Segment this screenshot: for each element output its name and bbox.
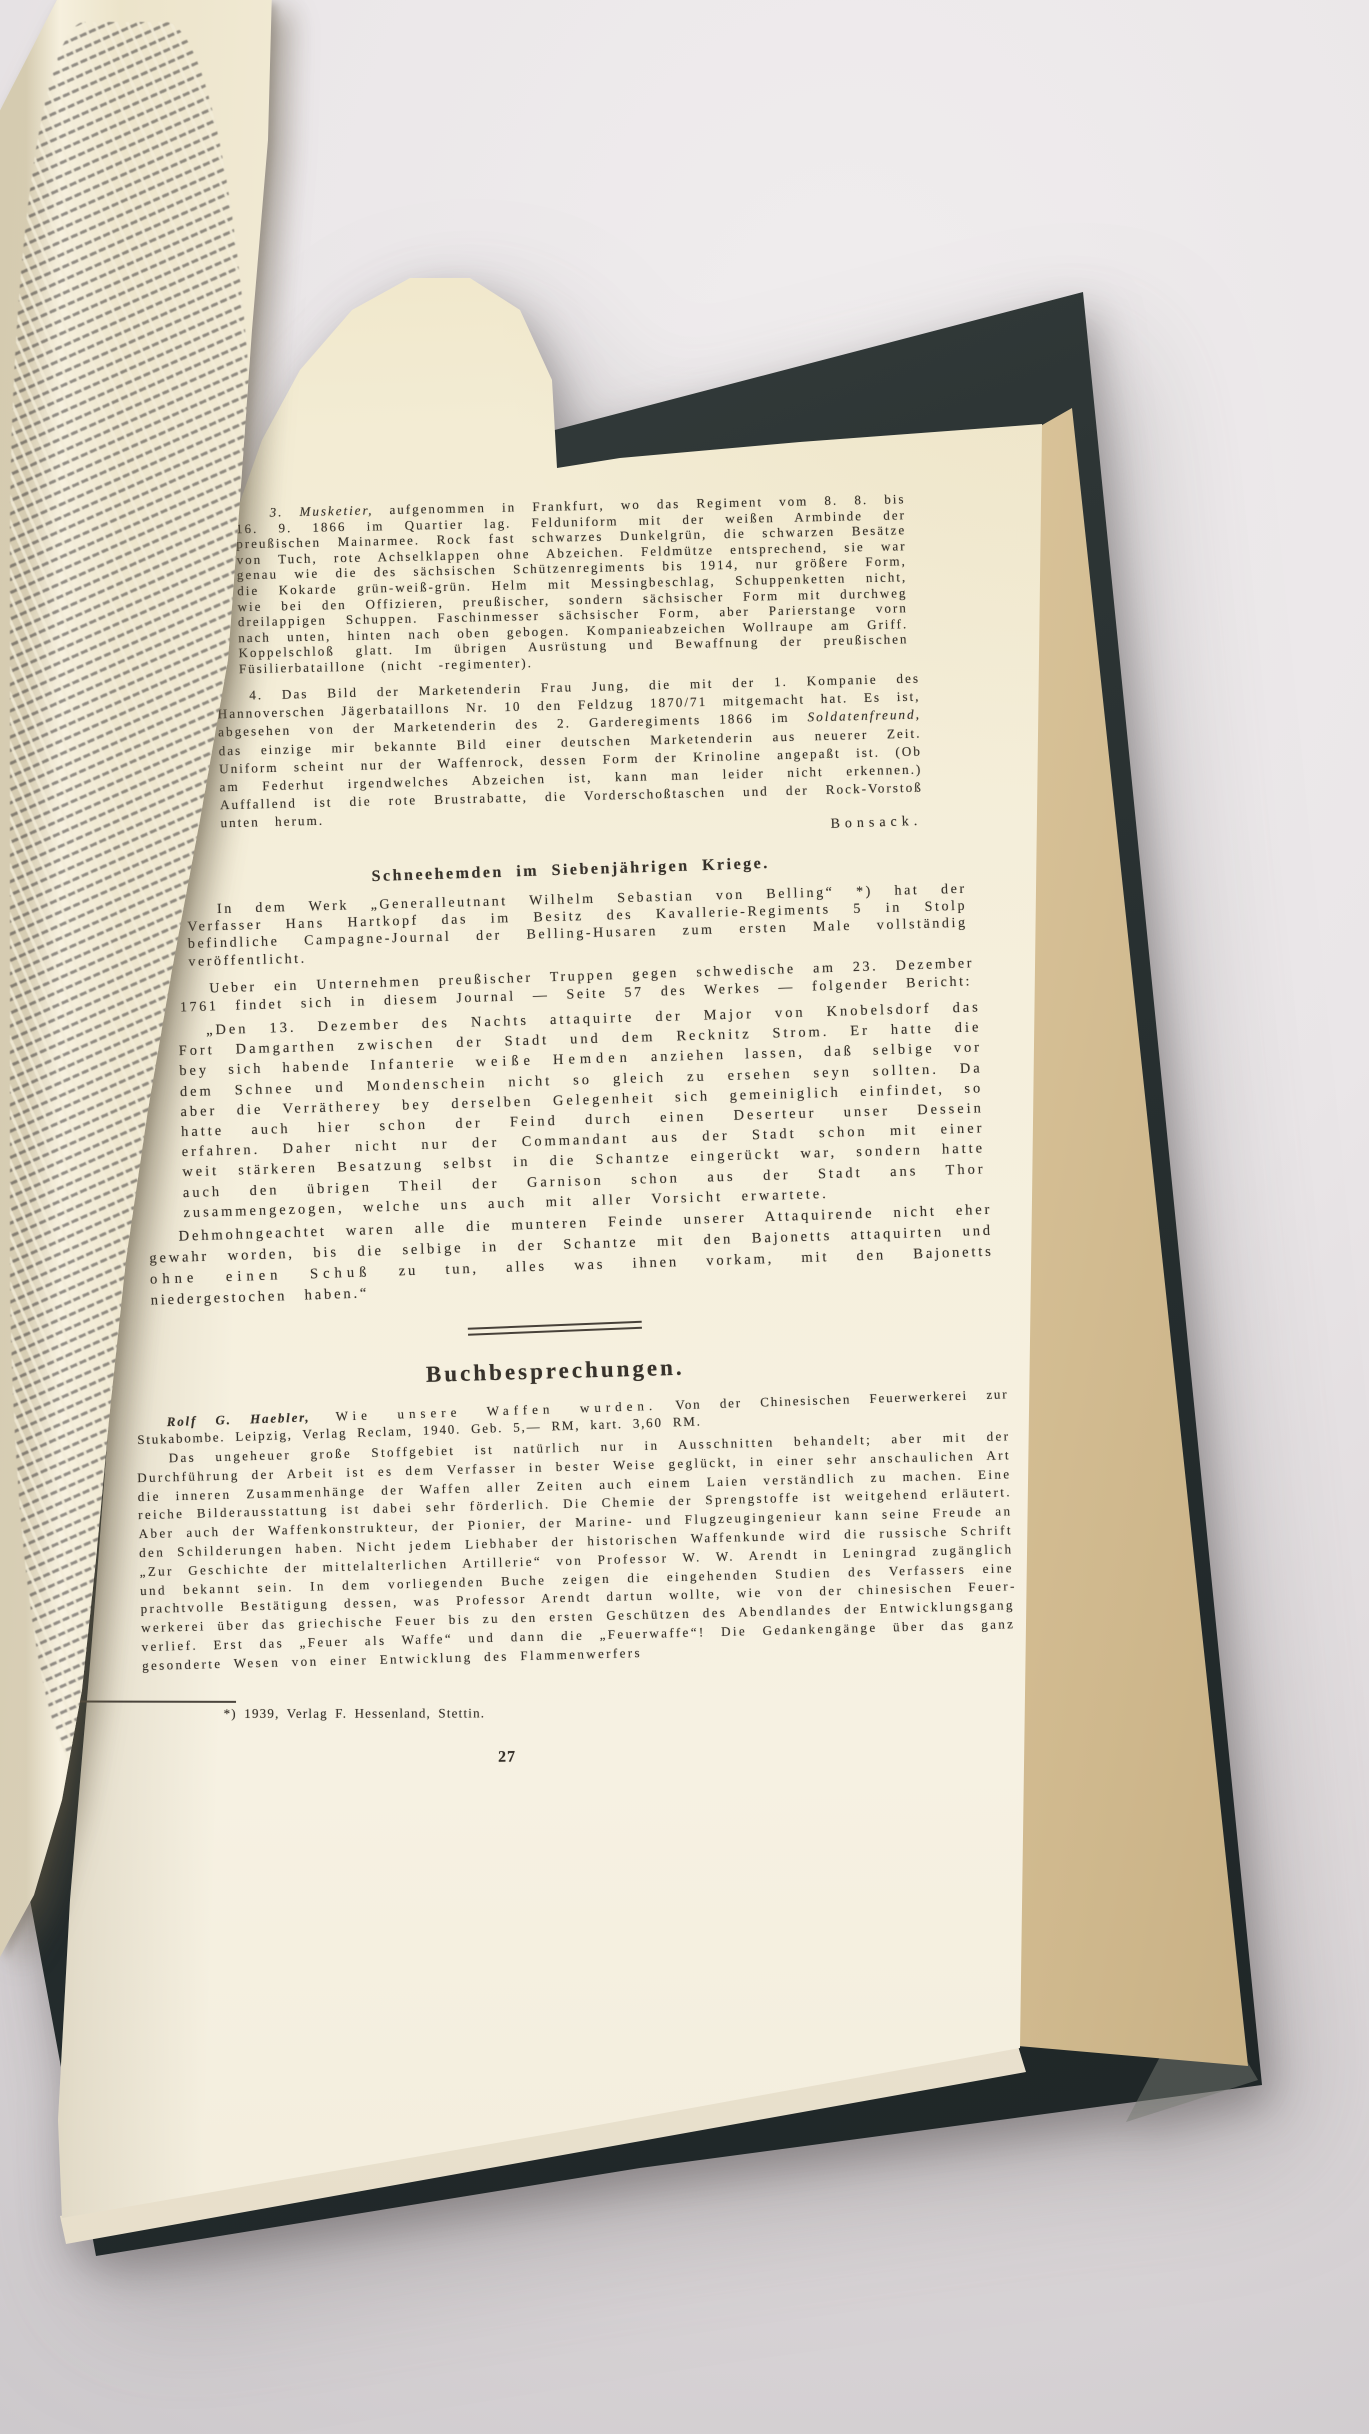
left-page-sheet (0, 0, 1369, 2434)
left-page-curl (0, 0, 1369, 2434)
photo-of-open-book: 3. Musketier, aufgenommen in Frankfurt, … (0, 0, 1369, 2434)
left-page-text-texture (10, 22, 260, 1772)
